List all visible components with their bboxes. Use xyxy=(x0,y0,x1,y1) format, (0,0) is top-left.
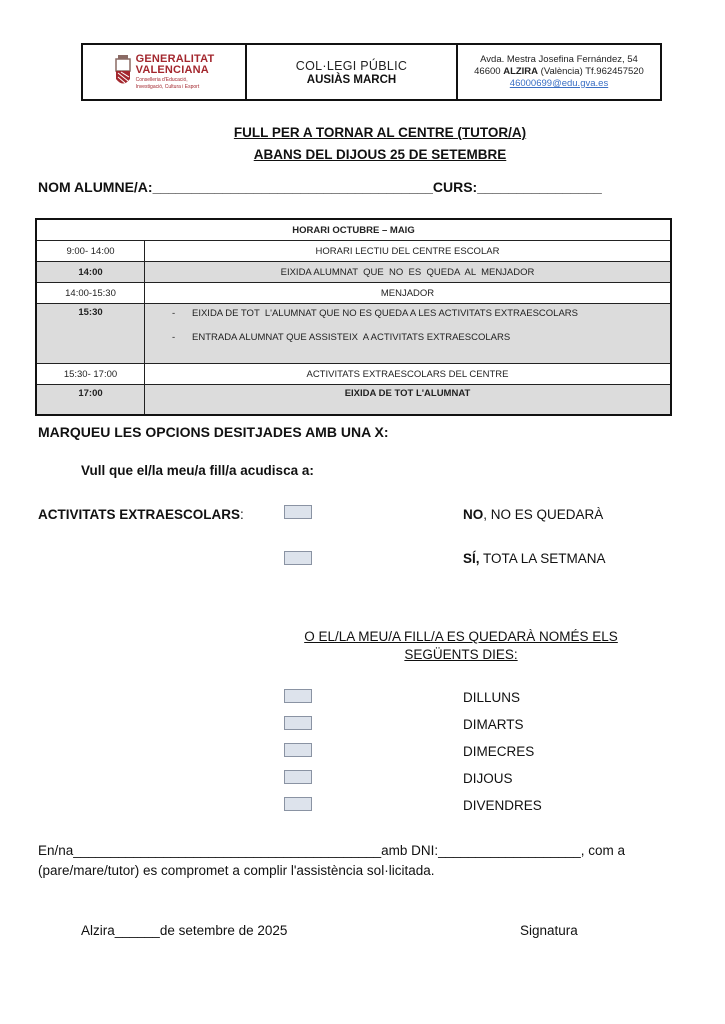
checkbox-dimarts[interactable] xyxy=(284,716,312,730)
course-field[interactable]: ________________ xyxy=(477,179,602,195)
checkbox-yes[interactable] xyxy=(284,551,312,565)
table-row: 14:00-15:30 MENJADOR xyxy=(36,283,671,304)
day-dijous: DIJOUS xyxy=(463,771,513,786)
row-desc: HORARI LECTIU DEL CENTRE ESCOLAR xyxy=(145,241,672,262)
day-dilluns: DILLUNS xyxy=(463,690,520,705)
school-name: AUSIÀS MARCH xyxy=(307,74,396,86)
logo-sub-2: Investigació, Cultura i Esport xyxy=(136,84,215,90)
school-cell: COL·LEGI PÚBLIC AUSIÀS MARCH xyxy=(247,45,458,99)
day-divendres: DIVENDRES xyxy=(463,798,542,813)
logo-text: GENERALITAT VALENCIANA Conselleria d'Edu… xyxy=(136,54,215,90)
row-desc-list: -EIXIDA DE TOT L'ALUMNAT QUE NO ES QUEDA… xyxy=(145,304,672,364)
row-time: 9:00- 14:00 xyxy=(36,241,145,262)
row-desc: EIXIDA ALUMNAT QUE NO ES QUEDA AL MENJAD… xyxy=(145,262,672,283)
checkbox-no[interactable] xyxy=(284,505,312,519)
checkbox-divendres[interactable] xyxy=(284,797,312,811)
page-subtitle: ABANS DEL DIJOUS 25 DE SETEMBRE xyxy=(0,147,725,162)
row-time: 14:00 xyxy=(36,262,145,283)
date-line: Alzira______de setembre de 2025 xyxy=(81,923,287,938)
day-dimarts: DIMARTS xyxy=(463,717,524,732)
student-name-field[interactable]: ____________________________________ xyxy=(153,179,433,195)
dni-field[interactable]: ___________________ xyxy=(438,843,581,858)
course-label: CURS: xyxy=(433,179,477,195)
row-desc: ACTIVITATS EXTRAESCOLARS DEL CENTRE xyxy=(145,364,672,385)
options-intro: Vull que el/la meu/a fill/a acudisca a: xyxy=(81,463,314,478)
commitment-line2: (pare/mare/tutor) es compromet a complir… xyxy=(38,863,434,878)
commitment-line1: En/na___________________________________… xyxy=(38,843,625,858)
address-line2: 46600 ALZIRA (València) Tf.962457520 xyxy=(474,66,644,78)
row-desc: EIXIDA DE TOT L'ALUMNAT xyxy=(145,385,672,416)
email-link[interactable]: 46000699@edu.gva.es xyxy=(510,78,608,90)
checkbox-dimecres[interactable] xyxy=(284,743,312,757)
logo-cell: GENERALITAT VALENCIANA Conselleria d'Edu… xyxy=(83,45,247,99)
schedule-header-row: HORARI OCTUBRE – MAIG xyxy=(36,219,671,241)
schedule-table: HORARI OCTUBRE – MAIG 9:00- 14:00 HORARI… xyxy=(35,218,672,416)
table-row: 15:30 -EIXIDA DE TOT L'ALUMNAT QUE NO ES… xyxy=(36,304,671,364)
student-name-label: NOM ALUMNE/A: xyxy=(38,179,153,195)
list-item: -EIXIDA DE TOT L'ALUMNAT QUE NO ES QUEDA… xyxy=(172,308,670,319)
page-title: FULL PER A TORNAR AL CENTRE (TUTOR/A) xyxy=(0,125,725,140)
table-row: 17:00 EIXIDA DE TOT L'ALUMNAT xyxy=(36,385,671,416)
logo-sub-1: Conselleria d'Educació, xyxy=(136,77,215,83)
extracurricular-label: ACTIVITATS EXTRAESCOLARS: xyxy=(38,507,244,522)
day-field[interactable]: ______ xyxy=(115,923,160,938)
option-no-label: NO, NO ES QUEDARÀ xyxy=(463,507,603,522)
postcode: 46600 xyxy=(474,66,500,77)
school-type: COL·LEGI PÚBLIC xyxy=(296,59,407,73)
address-cell: Avda. Mestra Josefina Fernández, 54 4660… xyxy=(458,45,660,99)
coat-of-arms-icon xyxy=(114,55,132,89)
list-item: -ENTRADA ALUMNAT QUE ASSISTEIX A ACTIVIT… xyxy=(172,332,670,343)
parent-name-field[interactable]: ________________________________________… xyxy=(73,843,381,858)
row-desc: MENJADOR xyxy=(145,283,672,304)
student-row: NOM ALUMNE/A:___________________________… xyxy=(38,179,602,195)
schedule-header: HORARI OCTUBRE – MAIG xyxy=(36,219,671,241)
checkbox-dilluns[interactable] xyxy=(284,689,312,703)
day-dimecres: DIMECRES xyxy=(463,744,534,759)
row-time: 17:00 xyxy=(36,385,145,416)
address-line1: Avda. Mestra Josefina Fernández, 54 xyxy=(480,54,638,66)
row-time: 15:30 xyxy=(36,304,145,364)
table-row: 14:00 EIXIDA ALUMNAT QUE NO ES QUEDA AL … xyxy=(36,262,671,283)
option-yes-label: SÍ, TOTA LA SETMANA xyxy=(463,551,606,566)
letterhead: GENERALITAT VALENCIANA Conselleria d'Edu… xyxy=(81,43,662,101)
options-heading: MARQUEU LES OPCIONS DESITJADES AMB UNA X… xyxy=(38,424,389,440)
logo-name-2: VALENCIANA xyxy=(136,65,215,76)
city: ALZIRA xyxy=(503,66,538,77)
row-time: 15:30- 17:00 xyxy=(36,364,145,385)
days-heading: O EL/LA MEU/A FILL/A ES QUEDARÀ NOMÉS EL… xyxy=(286,628,636,664)
table-row: 15:30- 17:00 ACTIVITATS EXTRAESCOLARS DE… xyxy=(36,364,671,385)
row-time: 14:00-15:30 xyxy=(36,283,145,304)
table-row: 9:00- 14:00 HORARI LECTIU DEL CENTRE ESC… xyxy=(36,241,671,262)
address-rest: (València) Tf.962457520 xyxy=(541,66,644,77)
checkbox-dijous[interactable] xyxy=(284,770,312,784)
signature-label: Signatura xyxy=(520,923,578,938)
